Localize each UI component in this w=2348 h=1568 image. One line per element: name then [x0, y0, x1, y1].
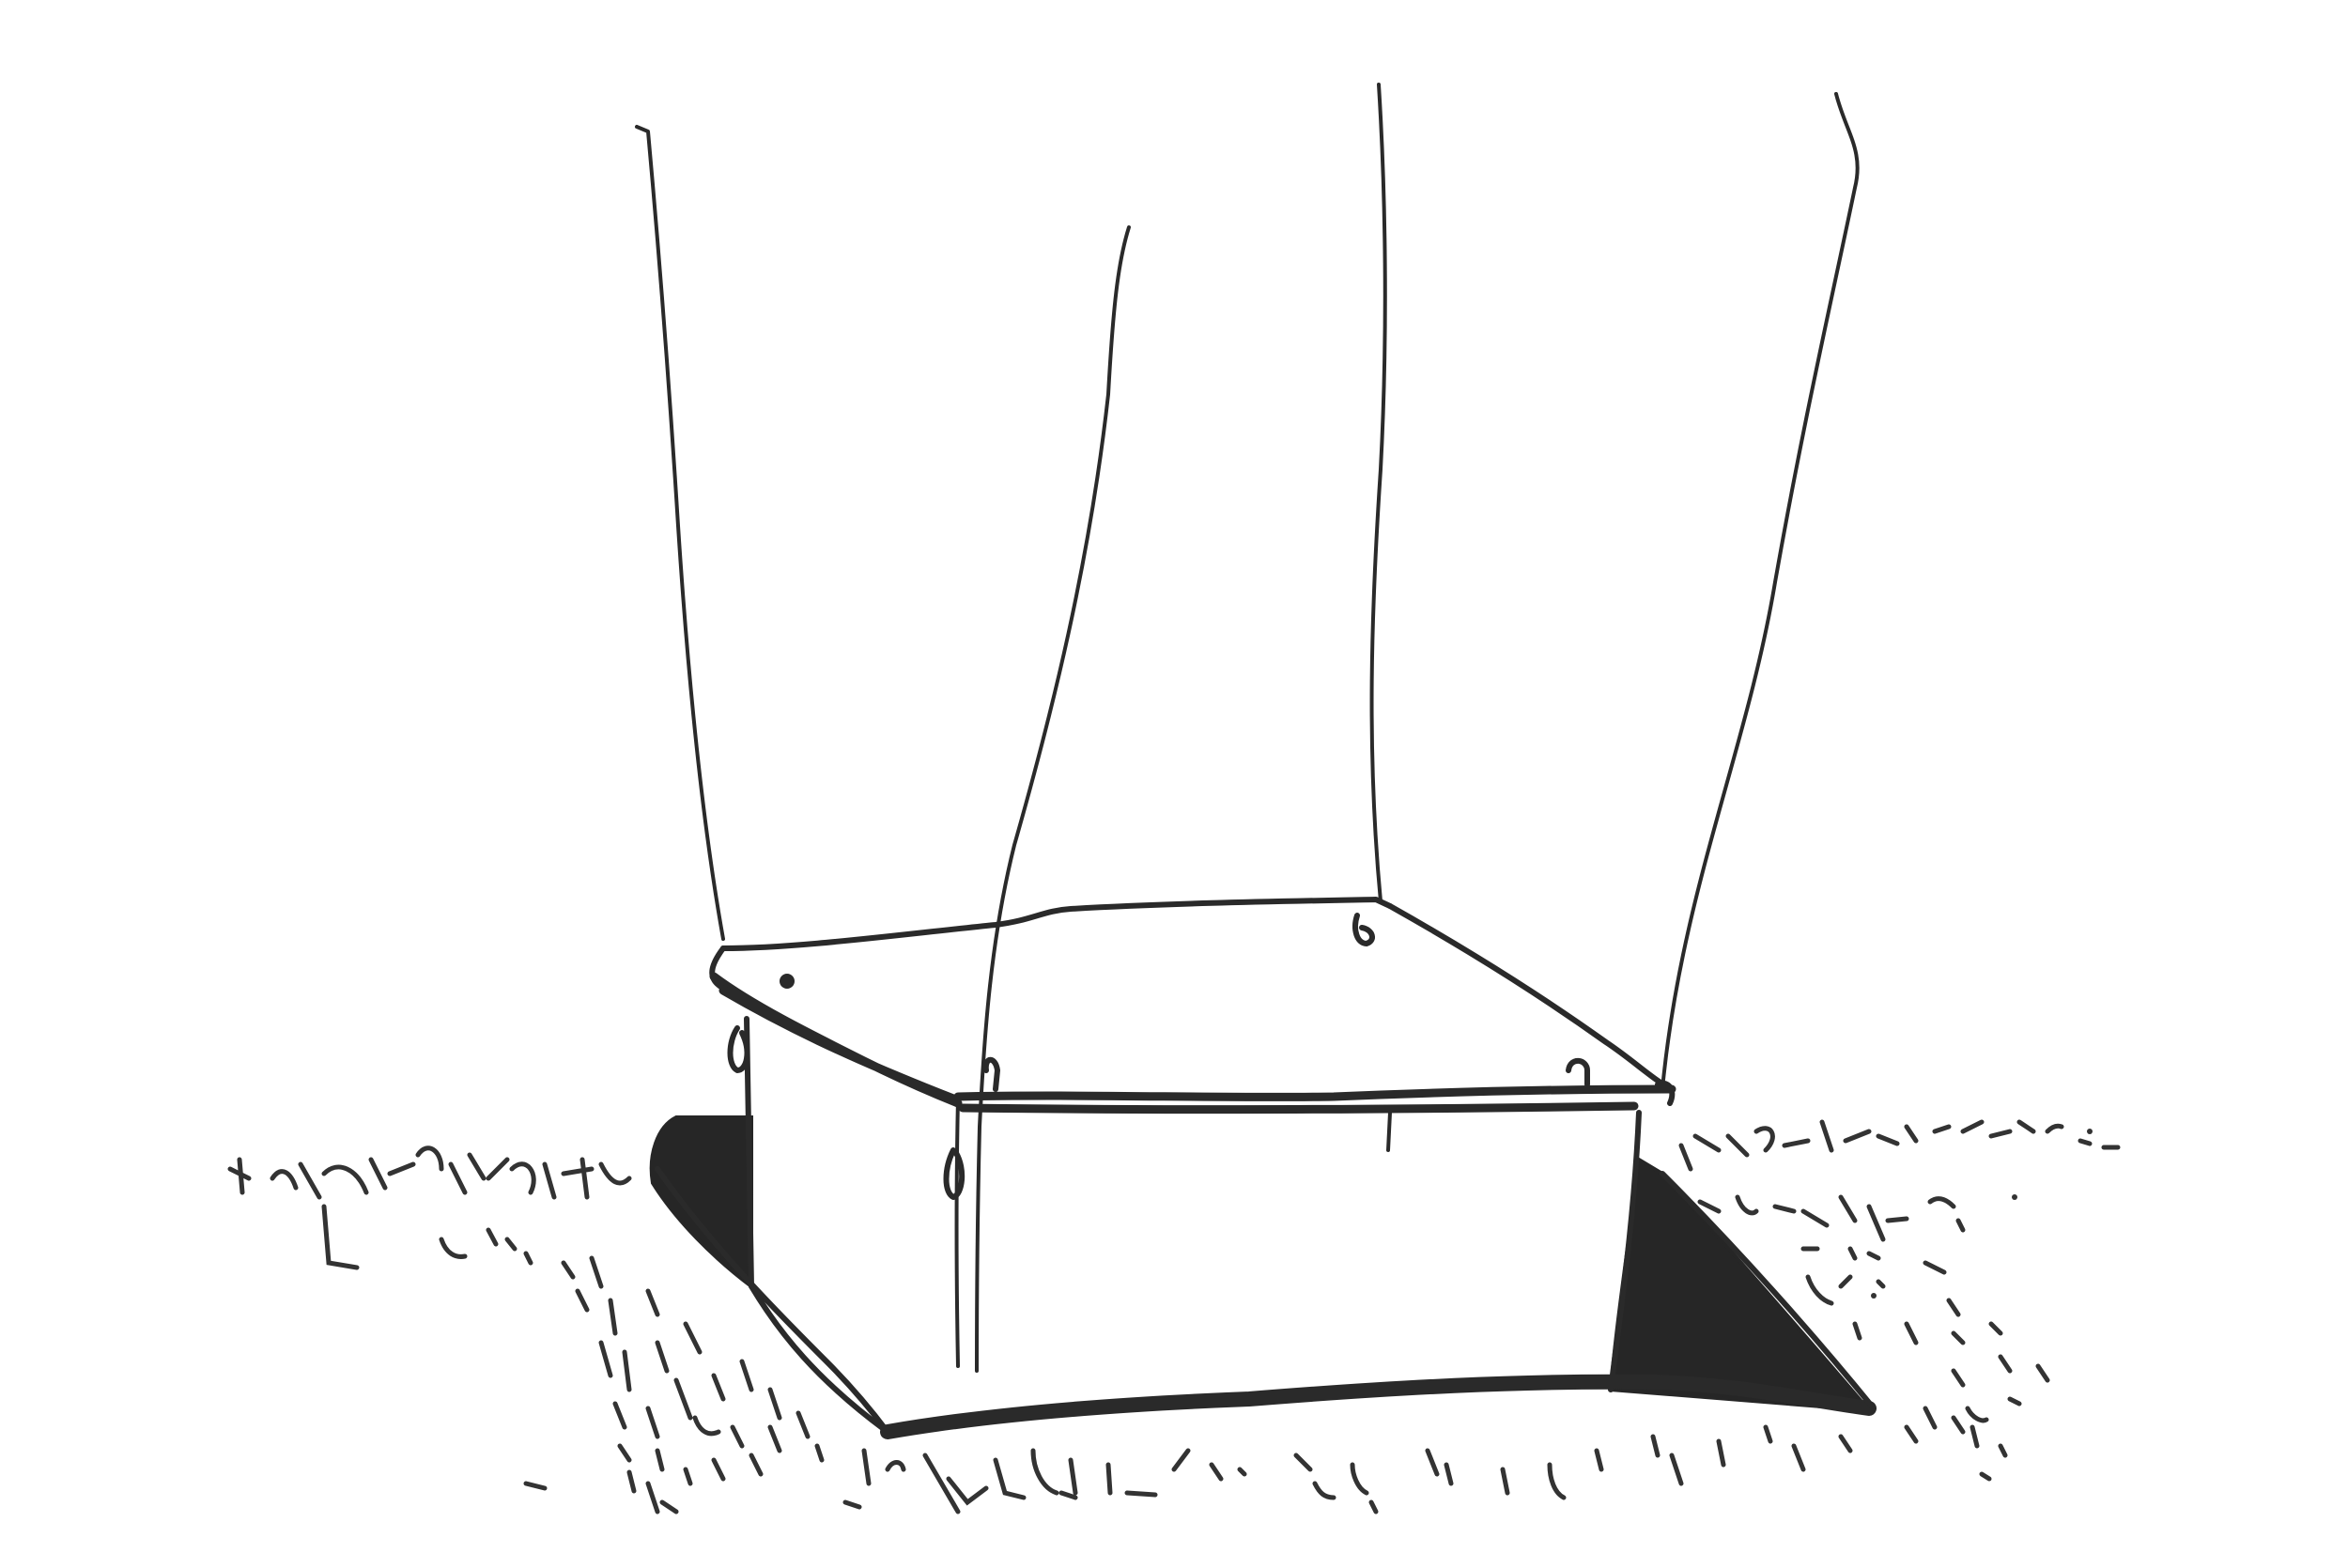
suspension-strings	[637, 85, 1858, 1371]
lid-fasteners	[731, 915, 1673, 1197]
box	[747, 1019, 1639, 1432]
lid	[712, 899, 1672, 1110]
fastener-dot-left	[780, 974, 795, 989]
lid-right-edge	[1390, 906, 1672, 1089]
fastener-clip-front-right	[1568, 1061, 1587, 1084]
box-front-left-edge	[957, 1099, 959, 1366]
string-back-right	[1662, 94, 1858, 1089]
grass-tufts	[230, 1122, 2118, 1512]
string-loop-left	[731, 1028, 748, 1070]
string-loop-front	[947, 1150, 963, 1197]
left-pit-shadow	[652, 1117, 751, 1286]
string-middle-right	[1372, 85, 1385, 901]
string-middle-left	[977, 227, 1129, 1371]
pit-bottom-edge	[888, 1382, 1869, 1432]
fastener-clip-front-mid	[986, 1060, 997, 1089]
string-front-left	[637, 127, 723, 939]
fastener-hook-back	[1355, 915, 1372, 944]
sketch-canvas	[0, 0, 2348, 1568]
lid-back-edge	[723, 899, 1390, 948]
lid-front-edge	[958, 1089, 1672, 1110]
box-center-mark	[1388, 1113, 1390, 1150]
